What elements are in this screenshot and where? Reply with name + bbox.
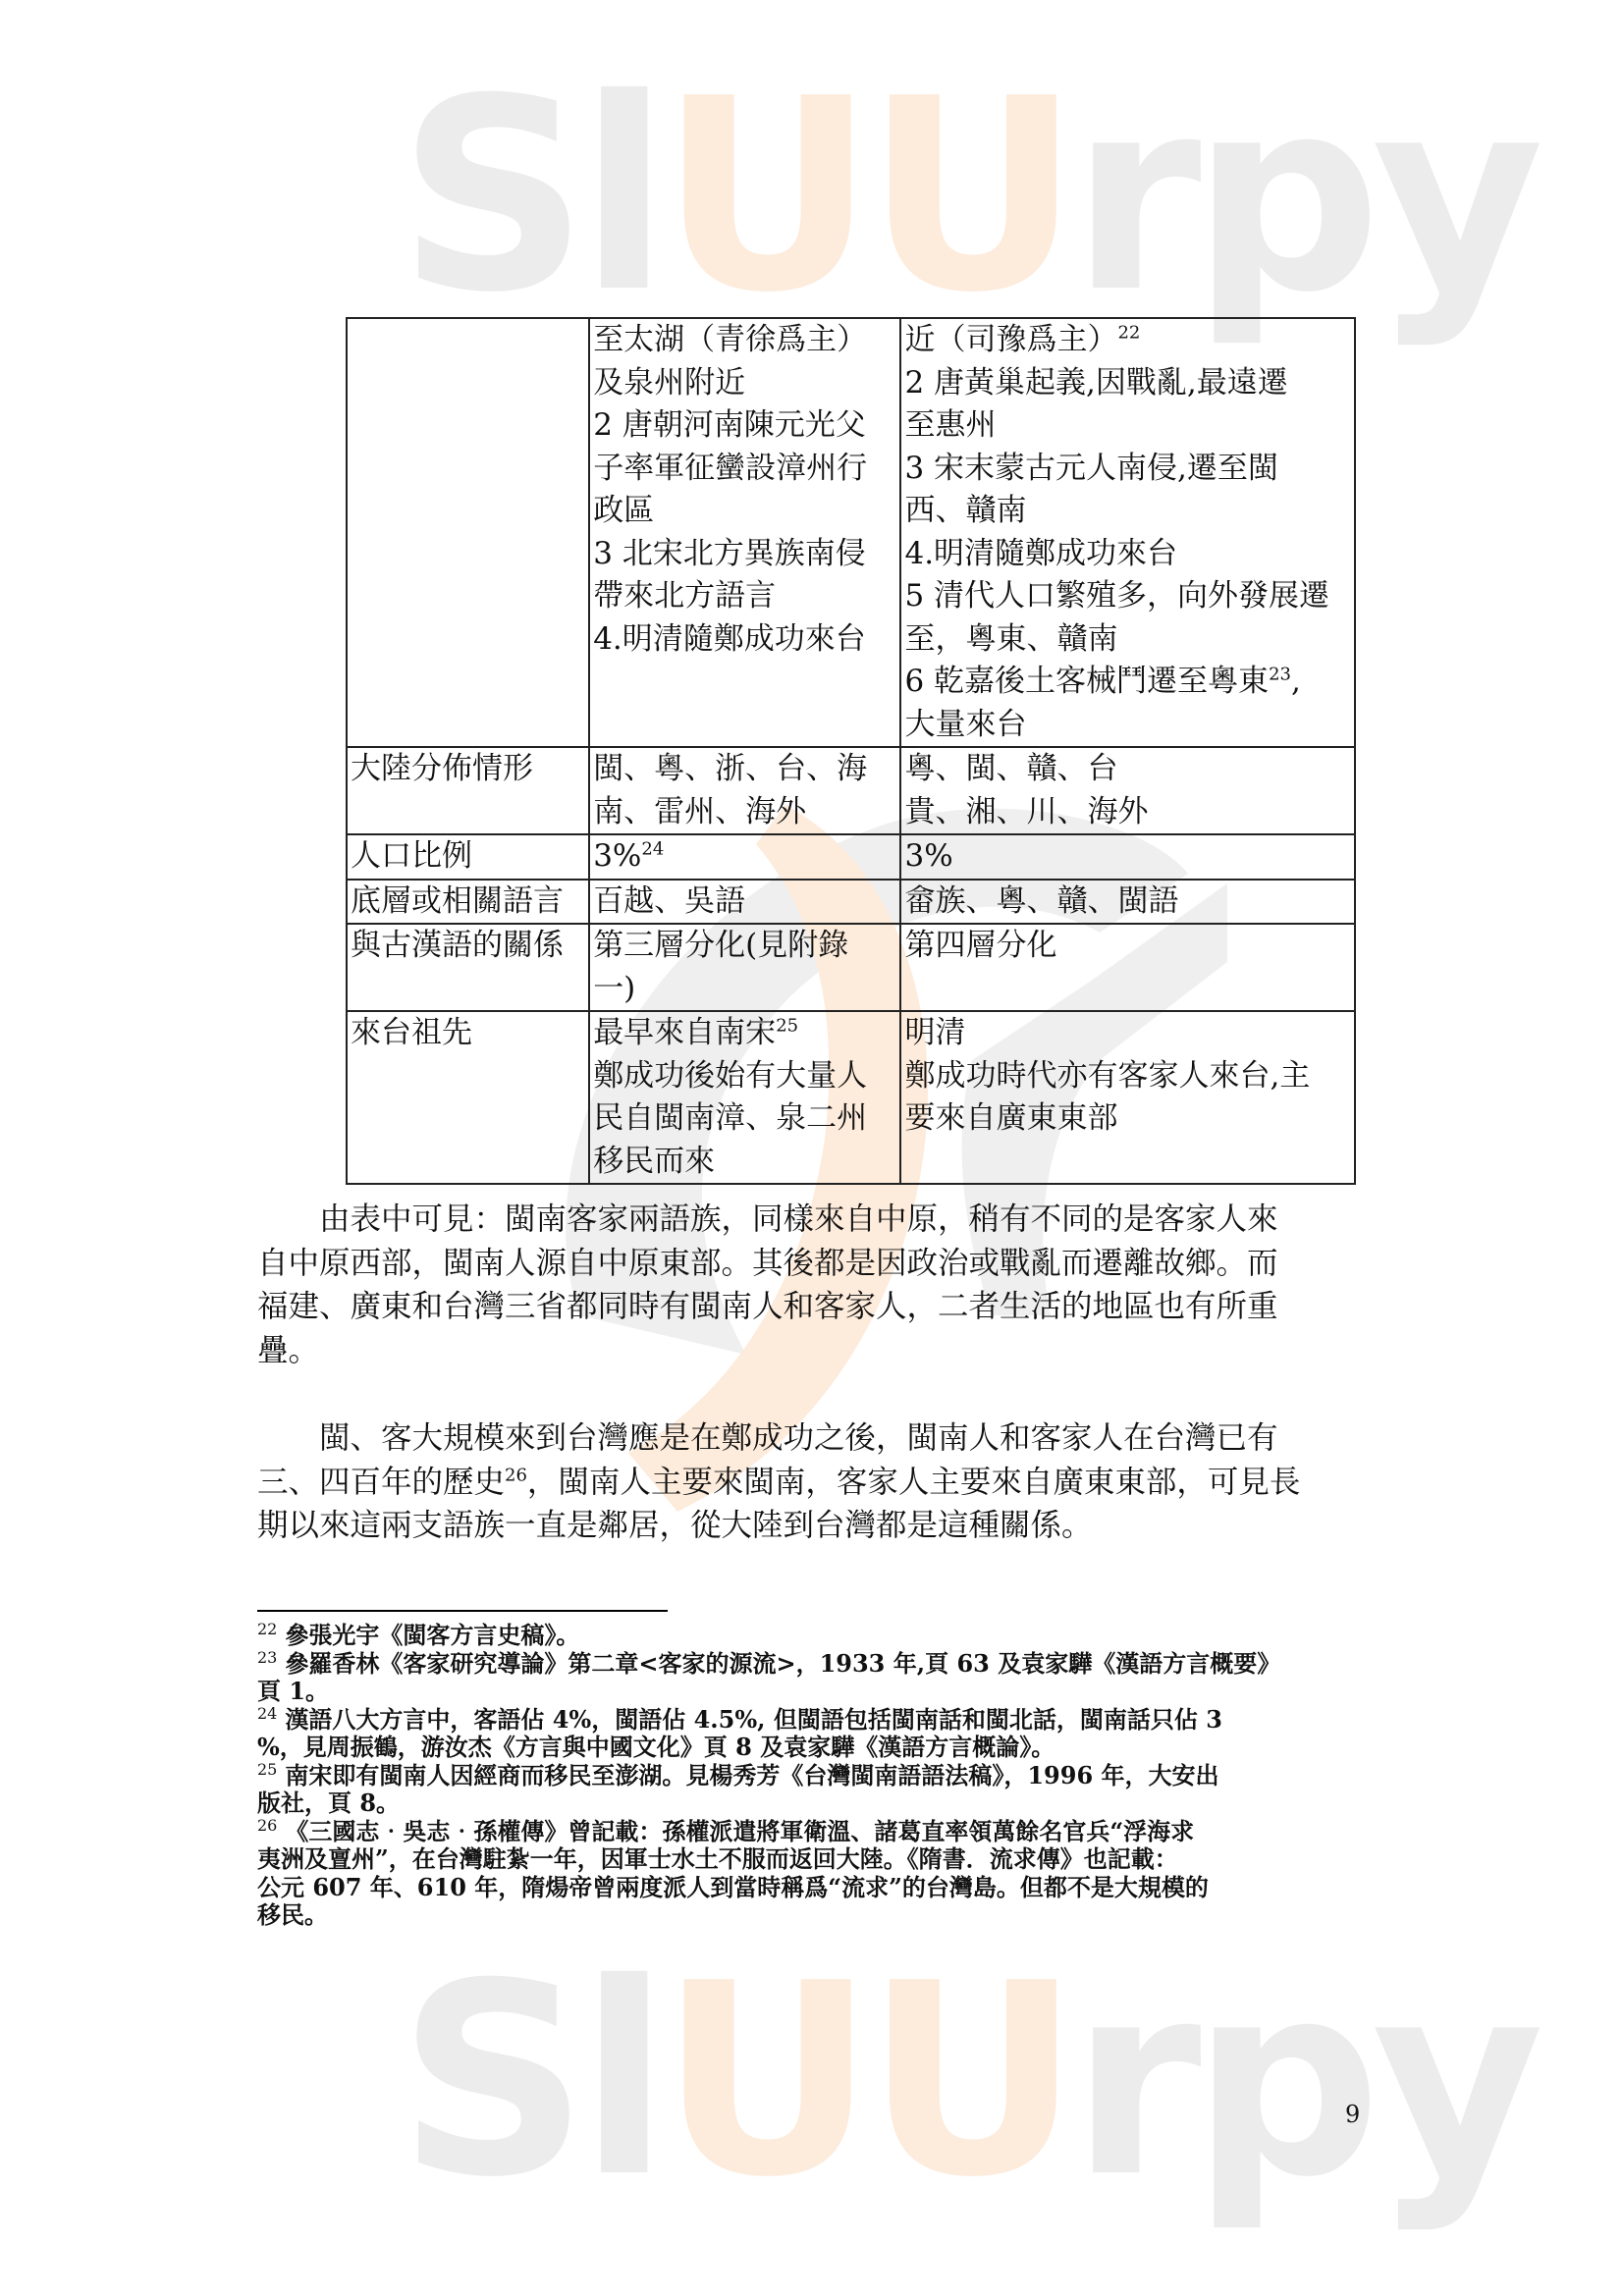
footnote-23: 23參羅香林《客家研究導論》第二章<客家的源流>，1933 年,頁 63 及袁家… [257, 1650, 1357, 1706]
table-row: 人口比例 3%24 3% [347, 834, 1355, 880]
footnote-25: 25南宋即有閩南人因經商而移民至澎湖。見楊秀芳《台灣閩南語語法稿》，1996 年… [257, 1762, 1357, 1818]
hakka-cell: 畲族、粵、贛、閩語 [900, 880, 1355, 925]
footnote-ref-25[interactable]: 25 [776, 1016, 798, 1037]
hakka-cell: 明清 鄭成功時代亦有客家人來台,主 要來自廣東東部 [900, 1011, 1355, 1184]
hakka-cell: 近（司豫爲主）22 2 唐黃巢起義,因戰亂,最遠遷 至惠州 3 宋末蒙古元人南侵… [900, 318, 1355, 747]
minnan-cell: 百越、吳語 [589, 880, 900, 925]
footnote-ref-24[interactable]: 24 [641, 839, 664, 860]
page-number: 9 [1345, 2101, 1360, 2128]
table-row: 大陸分佈情形 閩、粵、浙、台、海 南、雷州、海外 粵、閩、贛、台 貴、湘、川、海… [347, 747, 1355, 834]
footnotes: 22參張光宇《閩客方言史稿》。 23參羅香林《客家研究導論》第二章<客家的源流>… [257, 1622, 1357, 1930]
row-label [347, 318, 589, 747]
footnote-ref-26[interactable]: 26 [505, 1465, 527, 1485]
body-paragraph-1: 由表中可見：閩南客家兩語族，同樣來自中原，稍有不同的是客家人來 自中原西部，閩南… [257, 1198, 1357, 1372]
minnan-cell: 3%24 [589, 834, 900, 880]
document-page: 至太湖（青徐爲主） 及泉州附近 2 唐朝河南陳元光父 子率軍征蠻設漳州行 政區 … [0, 0, 1623, 2296]
table-row: 與古漢語的關係 第三層分化(見附錄 一) 第四層分化 [347, 924, 1355, 1011]
row-label: 來台祖先 [347, 1011, 589, 1184]
footnote-ref-22[interactable]: 22 [1117, 323, 1140, 344]
minnan-cell: 最早來自南宋25 鄭成功後始有大量人 民自閩南漳、泉二州 移民而來 [589, 1011, 900, 1184]
comparison-table: 至太湖（青徐爲主） 及泉州附近 2 唐朝河南陳元光父 子率軍征蠻設漳州行 政區 … [346, 317, 1356, 1185]
row-label: 人口比例 [347, 834, 589, 880]
minnan-cell: 至太湖（青徐爲主） 及泉州附近 2 唐朝河南陳元光父 子率軍征蠻設漳州行 政區 … [589, 318, 900, 747]
row-label: 大陸分佈情形 [347, 747, 589, 834]
table-row: 底層或相關語言 百越、吳語 畲族、粵、贛、閩語 [347, 880, 1355, 925]
row-label: 與古漢語的關係 [347, 924, 589, 1011]
hakka-cell: 第四層分化 [900, 924, 1355, 1011]
footnote-separator [257, 1610, 668, 1612]
footnote-22: 22參張光宇《閩客方言史稿》。 [257, 1622, 1357, 1650]
footnote-ref-23[interactable]: 23 [1269, 665, 1291, 685]
footnote-24: 24漢語八大方言中，客語佔 4%，閩語佔 4.5%, 但閩語包括閩南話和閩北話，… [257, 1706, 1357, 1762]
minnan-cell: 閩、粵、浙、台、海 南、雷州、海外 [589, 747, 900, 834]
minnan-cell: 第三層分化(見附錄 一) [589, 924, 900, 1011]
hakka-cell: 3% [900, 834, 1355, 880]
table-row: 至太湖（青徐爲主） 及泉州附近 2 唐朝河南陳元光父 子率軍征蠻設漳州行 政區 … [347, 318, 1355, 747]
row-label: 底層或相關語言 [347, 880, 589, 925]
table-row: 來台祖先 最早來自南宋25 鄭成功後始有大量人 民自閩南漳、泉二州 移民而來 明… [347, 1011, 1355, 1184]
hakka-cell: 粵、閩、贛、台 貴、湘、川、海外 [900, 747, 1355, 834]
body-paragraph-2: 閩、客大規模來到台灣應是在鄭成功之後，閩南人和客家人在台灣已有 三、四百年的歷史… [257, 1416, 1357, 1548]
footnote-26: 26《三國志‧吳志‧孫權傳》曾記載：孫權派遣將軍衛溫、諸葛直率領萬餘名官兵“浮海… [257, 1818, 1357, 1930]
